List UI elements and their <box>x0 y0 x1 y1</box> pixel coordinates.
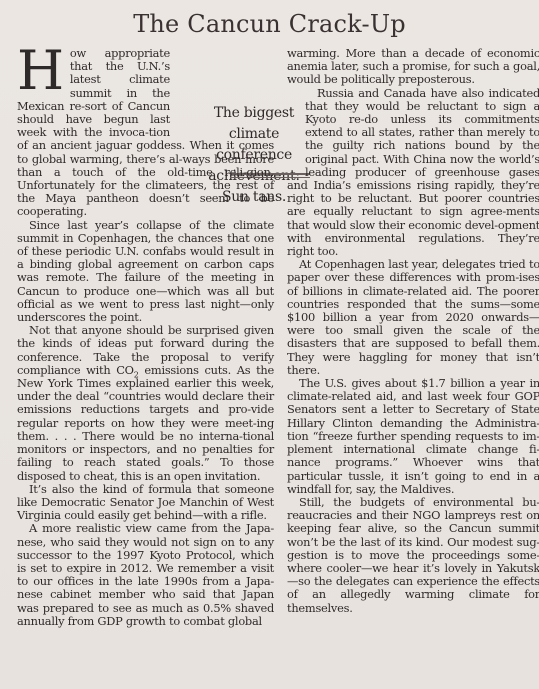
paragraph-3: Not that anyone should be surprised give… <box>17 324 274 482</box>
paragraph-5-continued: warming. More than a decade of economic … <box>287 47 539 87</box>
paragraph-4: It’s also the kind of formula that someo… <box>17 483 274 523</box>
left-column: How appropriate that the U.N.’s latest c… <box>17 47 274 628</box>
drop-cap: H <box>17 49 64 91</box>
paragraph-2: Since last year’s collapse of the climat… <box>17 219 274 325</box>
pull-quote-space <box>170 47 274 127</box>
paragraph-9: Still, the budgets of environmental bu-r… <box>287 496 539 615</box>
paragraph-3-text-b: emissions cuts. As the New York Times ex… <box>17 363 274 483</box>
paragraph-8: The U.S. gives about $1.7 billion a year… <box>287 377 539 496</box>
right-column: warming. More than a decade of economic … <box>287 47 539 615</box>
paragraph-6: Russia and Canada have also indicated th… <box>287 87 539 259</box>
headline: The Cancun Crack-Up <box>0 6 539 42</box>
newspaper-page: The Cancun Crack-Up The biggest climate … <box>0 0 539 689</box>
paragraph-5: A more realistic view came from the Japa… <box>17 522 274 628</box>
pull-quote-space-right <box>287 87 305 167</box>
paragraph-7: At Copenhagen last year, delegates tried… <box>287 258 539 377</box>
